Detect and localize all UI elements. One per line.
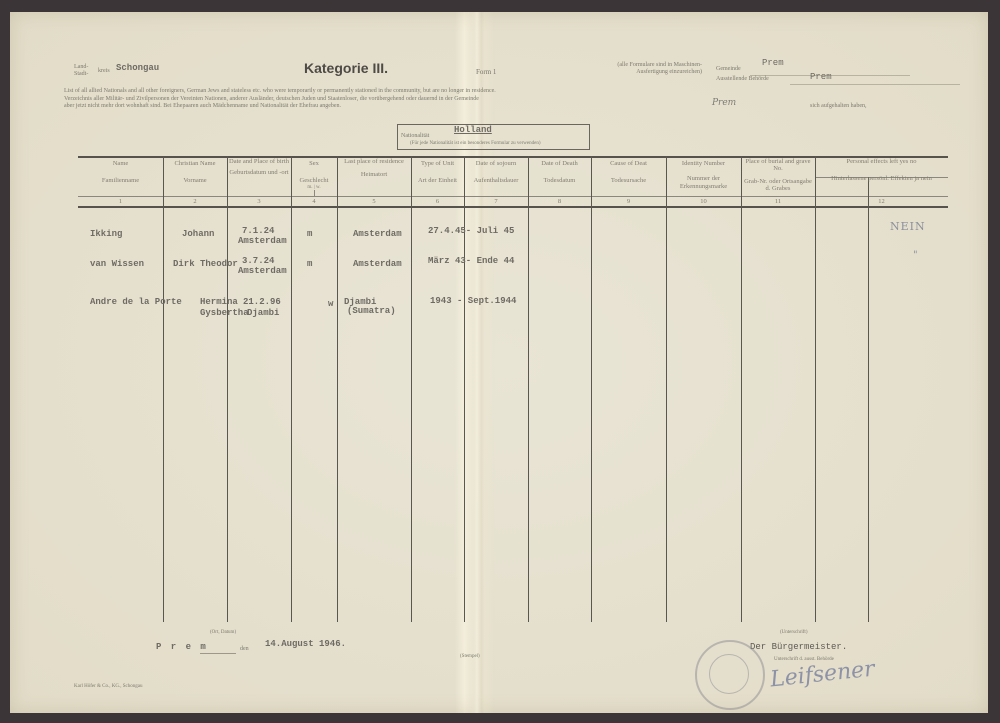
row2-effects-ditto: " <box>913 250 918 261</box>
col-header-burial-en: Place of burial and grave No. <box>741 158 815 173</box>
col-header-name-en: Name <box>78 160 163 167</box>
col-num-10: 10 <box>666 198 741 205</box>
row1-residence: Amsterdam <box>353 229 402 239</box>
col-num-9: 9 <box>591 198 666 205</box>
col-header-residence-de: Heimatort <box>337 171 411 178</box>
nationality-label: Nationalität <box>401 133 429 140</box>
row2-sex: m <box>307 259 312 269</box>
col-header-identity-de: Nummer der Erkennungsmarke <box>666 175 741 190</box>
row2-sojourn: März 43- Ende 44 <box>428 256 514 266</box>
row3-sojourn: 1943 - Sept.1944 <box>430 296 516 306</box>
col-header-unit-en: Type of Unit <box>411 160 464 167</box>
row2-birth-date: 3.7.24 <box>242 256 274 266</box>
category-title: Kategorie III. <box>304 60 388 76</box>
col-header-sex-sub: m. | w. <box>291 185 337 191</box>
col-header-cause-en: Cause of Deat <box>591 160 666 167</box>
col-header-unit-de: Art der Einheit <box>411 177 464 184</box>
col-num-11: 11 <box>741 198 815 205</box>
col-num-2: 2 <box>163 198 227 205</box>
col-num-5: 5 <box>337 198 411 205</box>
row3-residence-region: (Sumatra) <box>347 306 396 316</box>
table-header-bottom-border <box>78 206 948 208</box>
signature-label: (Unterschrift) <box>780 630 808 636</box>
gemeinde-value: Prem <box>762 58 784 68</box>
col-header-residence-en: Last place of residence <box>337 158 411 165</box>
row3-birth-date: 21.2.96 <box>243 297 281 307</box>
col-num-12: 12 <box>815 198 948 205</box>
col-num-8: 8 <box>528 198 591 205</box>
place-date-label: (Ort, Datum) <box>210 630 236 636</box>
intro-german-line1: Verzeichnis aller Militär- und Zivilpers… <box>64 96 479 103</box>
paper-fold <box>465 12 495 713</box>
row2-name: van Wissen <box>90 259 144 269</box>
col-header-sex-en: Sex <box>291 160 337 167</box>
intro-german-tail: sich aufgehalten haben, <box>810 103 866 110</box>
col-header-sojourn-en: Date of sojourn <box>464 160 528 167</box>
col-header-burial-de: Grab-Nr. oder Ortsangabe d. Grabes <box>741 178 815 193</box>
official-stamp <box>695 640 765 710</box>
ausstellende-value: Prem <box>810 72 832 82</box>
document-page: Land- Stadt- kreis Schongau Kategorie II… <box>10 12 988 713</box>
row3-birth-place: Djambi <box>247 308 279 318</box>
col-header-sojourn-de: Aufenthaltsdauer <box>464 177 528 184</box>
col-header-death-en: Date of Death <box>528 160 591 167</box>
stamp-label: (Stempel) <box>460 654 480 660</box>
col-header-birth-en: Date and Place of birth <box>227 158 291 165</box>
col-header-cause-de: Todesursache <box>591 177 666 184</box>
nationality-box: Holland Nationalität (Für jede Nationali… <box>397 124 590 150</box>
row2-birth-place: Amsterdam <box>238 266 287 276</box>
nationality-note: (Für jede Nationalität ist ein besondere… <box>410 141 541 147</box>
col-num-7: 7 <box>464 198 528 205</box>
col-header-birth-de: Geburtsdatum und -ort <box>227 169 291 176</box>
row1-name: Ikking <box>90 229 122 239</box>
intro-english: List of all allied Nationals and all oth… <box>64 88 964 95</box>
col-num-4: 4 <box>291 198 337 205</box>
footer-date: 14.August 1946. <box>265 639 346 649</box>
form-label: Form 1 <box>476 68 496 76</box>
col-header-effects-en: Personal effects left yes no <box>815 158 948 165</box>
stamp-inner-ring <box>709 654 749 694</box>
col-header-sex-de: Geschlecht <box>291 177 337 184</box>
row1-birth-date: 7.1.24 <box>242 226 274 236</box>
submission-note: (alle Formulare sind in Maschinen- Ausfe… <box>582 62 702 75</box>
col-header-christian-en: Christian Name <box>163 160 227 167</box>
col-num-3: 3 <box>227 198 291 205</box>
row2-christian: Dirk Theodor <box>173 259 238 269</box>
mayor-title: Der Bürgermeister. <box>750 642 847 652</box>
row1-birth-place: Amsterdam <box>238 236 287 246</box>
row3-name: Andre de la Porte <box>90 297 182 307</box>
row1-sojourn: 27.4.45- Juli 45 <box>428 226 514 236</box>
row1-christian: Johann <box>182 229 214 239</box>
kreis-value: Schongau <box>116 63 159 73</box>
col-num-1: 1 <box>78 198 163 205</box>
col-header-effects-de: Hinterlassene persönl. Effekten ja nein <box>815 175 948 182</box>
intro-place-value: Prem <box>712 98 736 108</box>
intro-german-line2: aber jetzt nicht mehr dort wohnhaft sind… <box>64 103 341 110</box>
row2-residence: Amsterdam <box>353 259 402 269</box>
footer-den: den <box>240 646 249 653</box>
col-header-identity-en: Identity Number <box>666 160 741 167</box>
col-header-name-de: Familienname <box>78 177 163 184</box>
land-stadt-label: Land- Stadt- <box>74 64 88 77</box>
row1-sex: m <box>307 229 312 239</box>
row3-sex: w <box>328 299 333 309</box>
kreis-label: kreis <box>98 68 110 75</box>
row1-effects-no: NEIN <box>890 220 926 233</box>
gemeinde-label: Gemeinde <box>716 66 741 73</box>
nationality-value: Holland <box>454 125 492 135</box>
col-header-christian-de: Vorname <box>163 177 227 184</box>
ausstellende-label: Ausstellende Behörde <box>716 76 769 83</box>
printer-imprint: Karl Höfer & Co., KG., Schongau <box>74 684 142 690</box>
footer-place: P r e m <box>156 642 208 652</box>
col-header-death-de: Todesdatum <box>528 177 591 184</box>
col-num-6: 6 <box>411 198 464 205</box>
